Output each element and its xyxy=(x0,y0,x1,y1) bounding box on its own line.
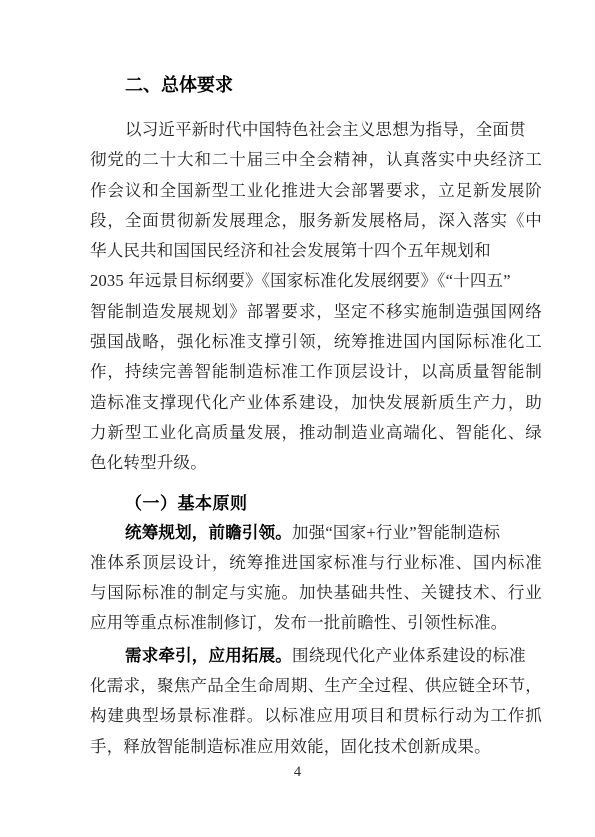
text-line: 造标准支撑现代化产业体系建设，加快发展新质生产力，助 xyxy=(90,388,542,418)
text-line: 色化转型升级。 xyxy=(90,448,542,478)
text-run: 加强“国家+行业”智能制造标 xyxy=(292,523,500,542)
text-line: 应用等重点标准制修订，发布一批前瞻性、引领性标准。 xyxy=(90,608,542,638)
subsection-heading: （一）基本原则 xyxy=(125,492,542,516)
text-line: 作会议和全国新型工业化推进大会部署要求，立足新发展阶 xyxy=(90,176,542,206)
text-line: 彻党的二十大和二十届三中全会精神，认真落实中央经济工 xyxy=(90,145,542,175)
text-line: 化需求，聚焦产品全生命周期、生产全过程、供应链全环节， xyxy=(90,671,542,701)
lead-in-bold: 统筹规划，前瞻引领。 xyxy=(125,524,292,542)
principle-paragraph-demand: 需求牵引，应用拓展。围绕现代化产业体系建设的标准 化需求，聚焦产品全生命周期、生… xyxy=(90,641,542,762)
text-line: 以习近平新时代中国特色社会主义思想为指导，全面贯 xyxy=(90,115,542,145)
document-page: 二、总体要求 以习近平新时代中国特色社会主义思想为指导，全面贯 彻党的二十大和二… xyxy=(0,0,595,837)
text-line: 2035 年远景目标纲要》《国家标准化发展纲要》《“十四五” xyxy=(90,266,542,296)
overview-paragraph: 以习近平新时代中国特色社会主义思想为指导，全面贯 彻党的二十大和二十届三中全会精… xyxy=(90,115,542,479)
text-line: 作，持续完善智能制造标准工作顶层设计，以高质量智能制 xyxy=(90,357,542,387)
text-line: 段，全面贯彻新发展理念，服务新发展格局，深入落实《中 xyxy=(90,206,542,236)
text-line: 手，释放智能制造标准应用效能，固化技术创新成果。 xyxy=(90,732,542,762)
text-line: 构建典型场景标准群。以标准应用项目和贯标行动为工作抓 xyxy=(90,701,542,731)
text-line: 强国战略，强化标准支撑引领，统筹推进国内国际标准化工 xyxy=(90,327,542,357)
text-line: 需求牵引，应用拓展。围绕现代化产业体系建设的标准 xyxy=(90,641,542,671)
section-heading: 二、总体要求 xyxy=(125,72,542,98)
text-line: 准体系顶层设计，统筹推进国家标准与行业标准、国内标准 xyxy=(90,548,542,578)
text-run: 围绕现代化产业体系建设的标准 xyxy=(292,646,526,665)
text-line: 华人民共和国国民经济和社会发展第十四个五年规划和 xyxy=(90,236,542,266)
principle-paragraph-planning: 统筹规划，前瞻引领。加强“国家+行业”智能制造标 准体系顶层设计，统筹推进国家标… xyxy=(90,518,542,639)
page-number: 4 xyxy=(0,762,595,782)
text-line: 智能制造发展规划》部署要求，坚定不移实施制造强国网络 xyxy=(90,297,542,327)
lead-in-bold: 需求牵引，应用拓展。 xyxy=(125,647,292,665)
text-line: 与国际标准的制定与实施。加快基础共性、关键技术、行业 xyxy=(90,578,542,608)
text-line: 统筹规划，前瞻引领。加强“国家+行业”智能制造标 xyxy=(90,518,542,548)
text-line: 力新型工业化高质量发展，推动制造业高端化、智能化、绿 xyxy=(90,418,542,448)
